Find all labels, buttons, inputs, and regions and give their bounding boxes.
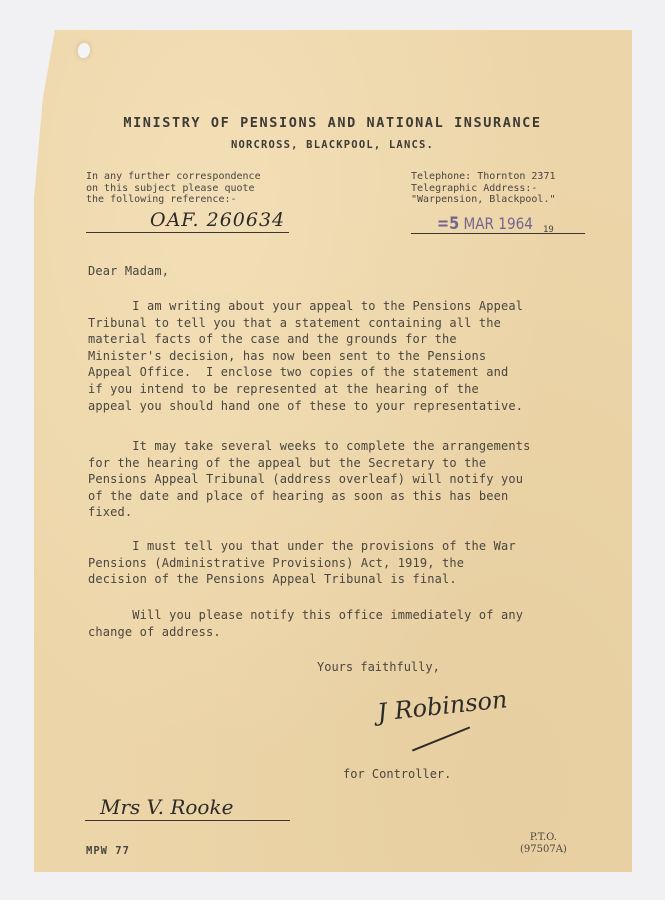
date-underline (411, 233, 585, 234)
body-paragraph-4: Will you please notify this office immed… (88, 607, 608, 640)
date-stamp-day: =5 (437, 214, 459, 234)
form-code: MPW 77 (86, 845, 130, 857)
letterhead-title: MINISTRY OF PENSIONS AND NATIONAL INSURA… (0, 115, 665, 131)
print-code: (97507A) (520, 844, 567, 856)
letterhead-address: NORCROSS, BLACKPOOL, LANCS. (0, 139, 665, 151)
body-paragraph-3: I must tell you that under the provision… (88, 538, 608, 588)
signatory-role: for Controller. (343, 767, 451, 781)
reference-instruction: In any further correspondence on this su… (86, 171, 261, 206)
pto-block: P.T.O. (97507A) (520, 832, 567, 856)
contact-details: Telephone: Thornton 2371 Telegraphic Add… (411, 171, 556, 206)
closing: Yours faithfully, (317, 660, 440, 674)
addressee-underline (85, 820, 290, 821)
date-stamp: =5 MAR 1964 (437, 214, 533, 234)
body-paragraph-1: I am writing about your appeal to the Pe… (88, 298, 608, 414)
reference-number: OAF. 260634 (150, 209, 285, 231)
pto-label: P.T.O. (520, 832, 567, 844)
reference-underline (86, 232, 289, 233)
salutation: Dear Madam, (88, 263, 608, 280)
date-stamp-month-year: MAR 1964 (463, 214, 532, 233)
addressee-handwritten: Mrs V. Rooke (100, 795, 233, 819)
body-paragraph-2: It may take several weeks to complete th… (88, 438, 608, 521)
